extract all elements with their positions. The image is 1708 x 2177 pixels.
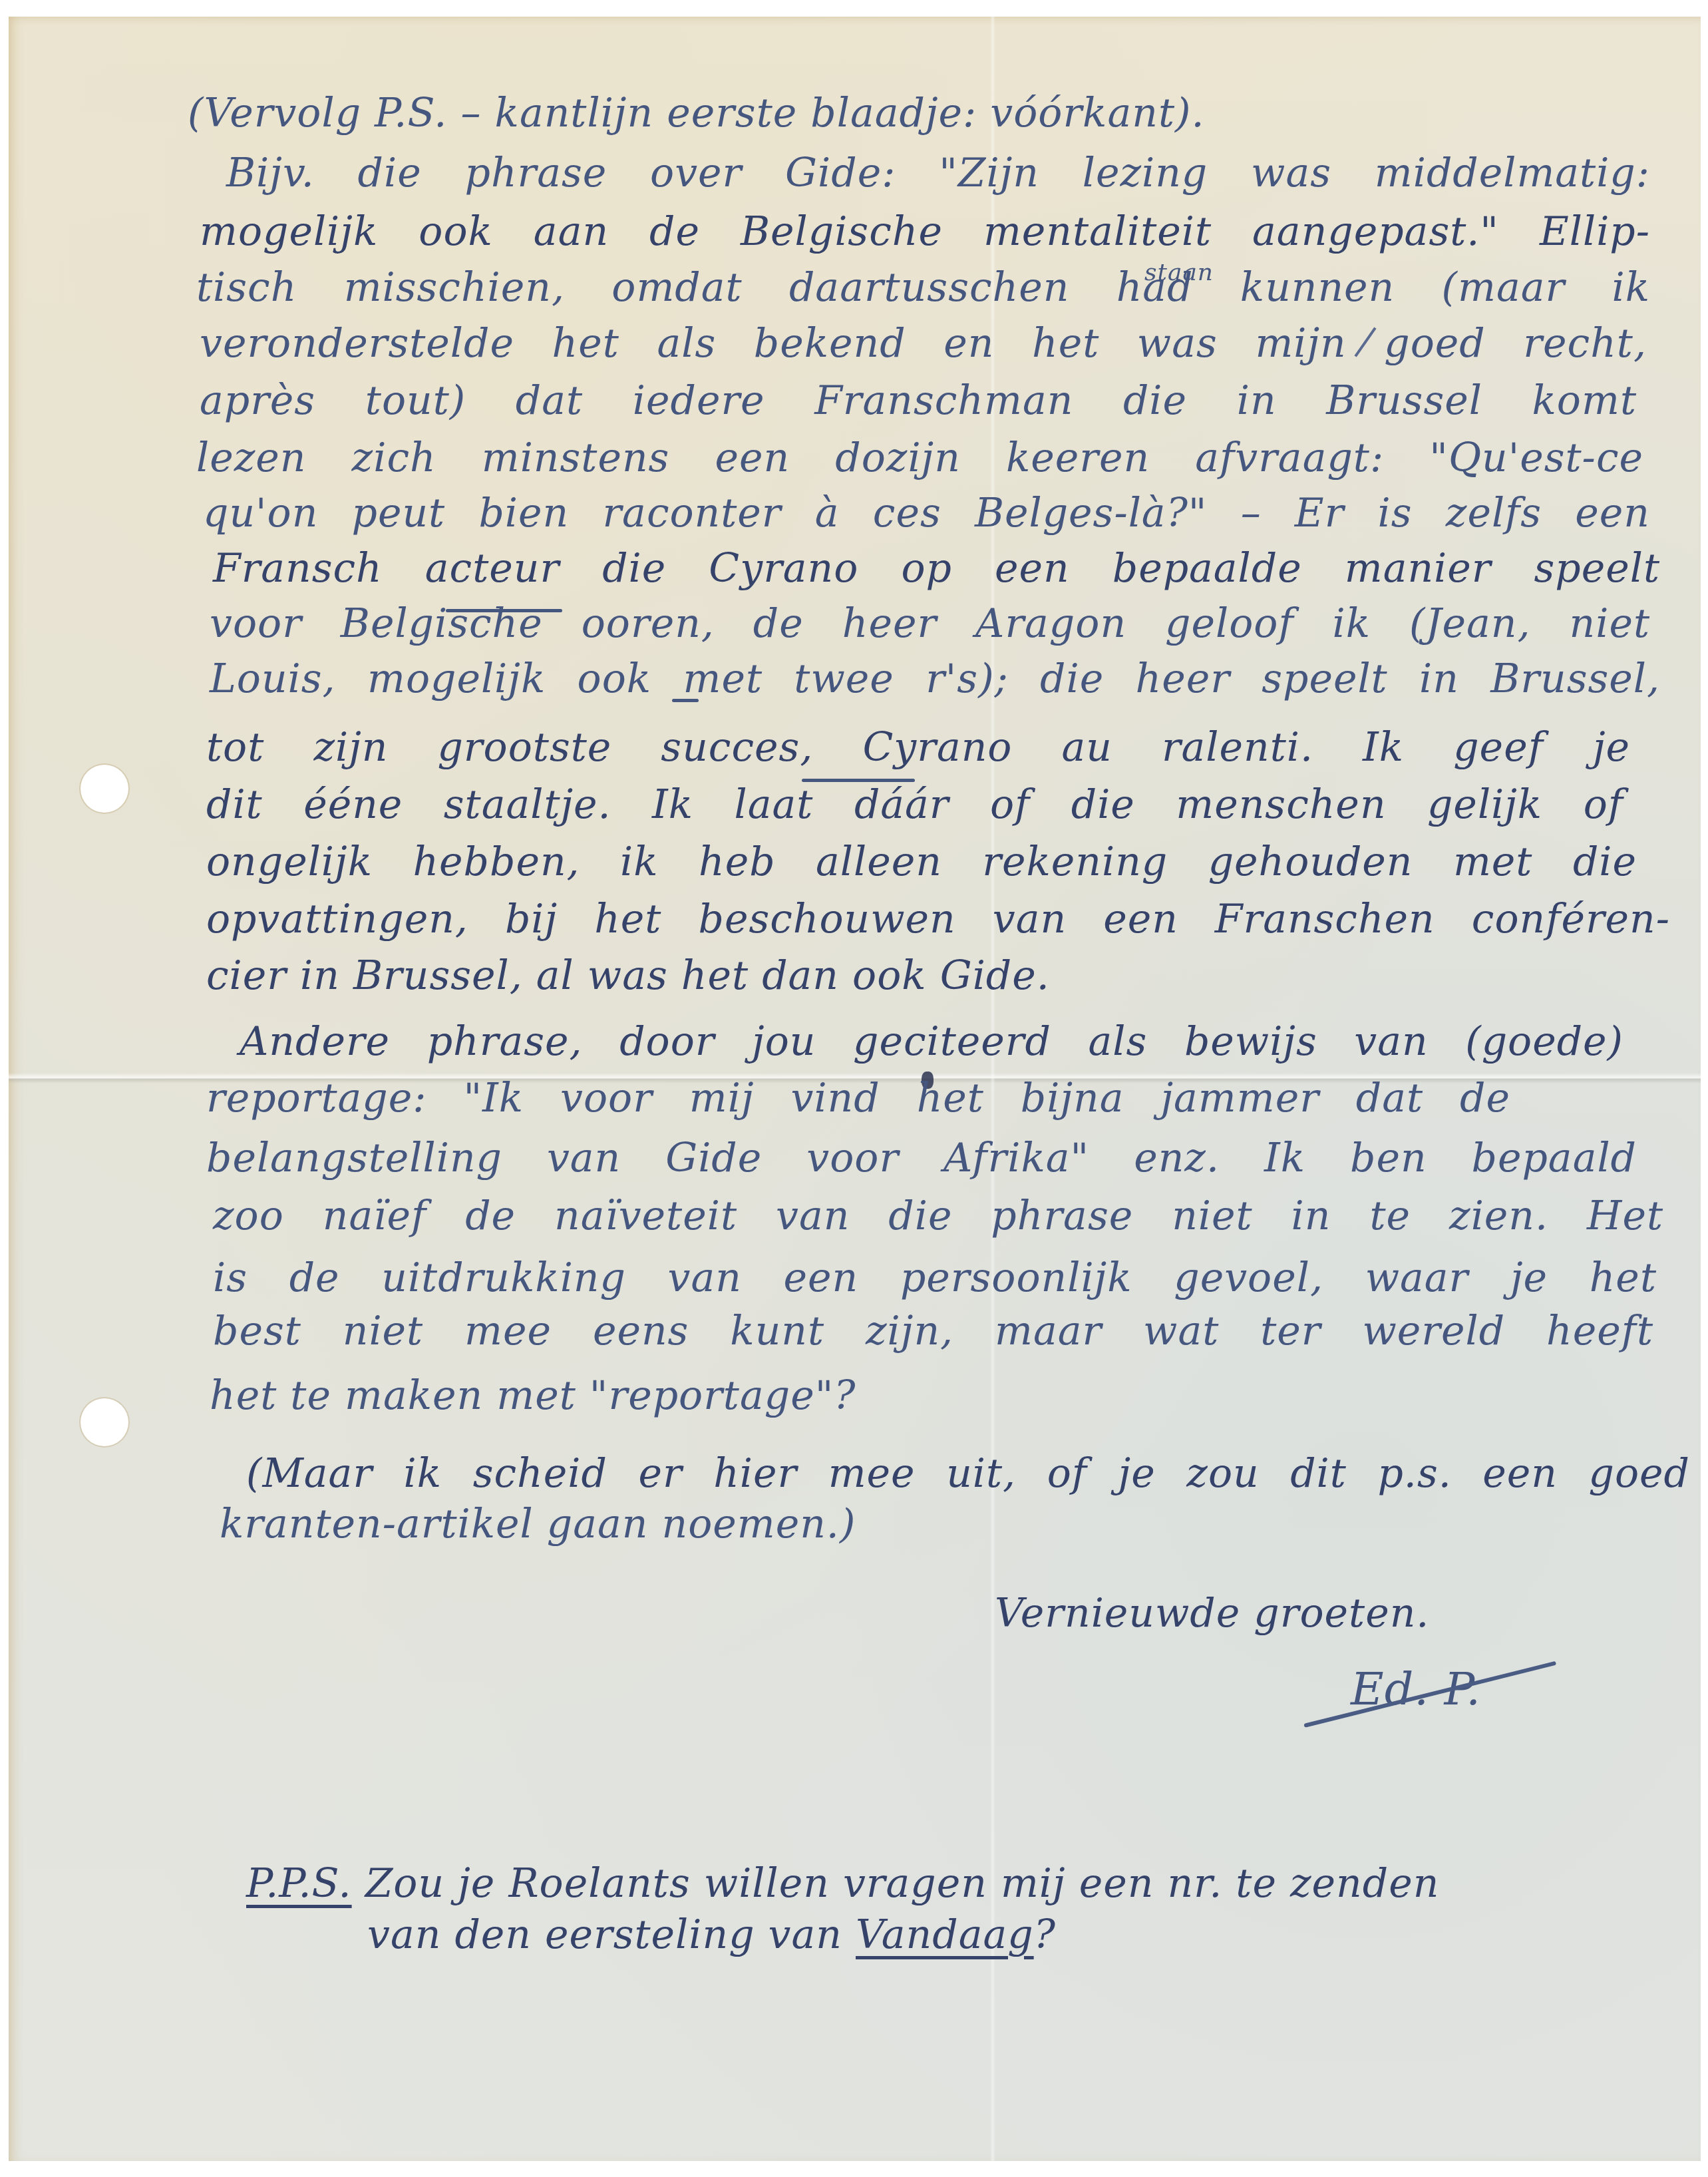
body-line: ongelijk hebben, ik heb alleen rekening … xyxy=(206,842,1637,882)
postscript-line-1: P.P.S. Zou je Roelants willen vragen mij… xyxy=(246,1864,1439,1903)
body-line: zoo naïef de naïveteit van die phrase ni… xyxy=(213,1196,1663,1236)
punch-hole-lower xyxy=(81,1398,128,1446)
body-line: qu'on peut bien raconter à ces Belges-là… xyxy=(203,493,1650,533)
body-line: cier in Brussel, al was het dan ook Gide… xyxy=(206,956,1050,996)
body-line: belangstelling van Gide voor Afrika" enz… xyxy=(206,1138,1637,1178)
punch-hole-upper xyxy=(81,765,128,813)
pps-text-2: van den eersteling van xyxy=(367,1911,856,1958)
body-line: best niet mee eens kunt zijn, maar wat t… xyxy=(213,1311,1653,1351)
body-line: lezen zich minstens een dozijn keeren af… xyxy=(196,438,1643,478)
underline-cyrano xyxy=(446,609,562,612)
pps-text: Zou je Roelants willen vragen mij een nr… xyxy=(352,1860,1440,1907)
body-line: (Maar ik scheid er hier mee uit, of je z… xyxy=(246,1454,1690,1493)
journal-title-vandaag: Vandaag xyxy=(856,1911,1034,1958)
body-line: tisch misschien, omdat daartusschen had … xyxy=(196,268,1650,307)
body-line: Andere phrase, door jou geciteerd als be… xyxy=(240,1022,1623,1062)
body-line: tot zijn grootste succes, Cyrano au rale… xyxy=(206,727,1630,767)
pps-label: P.P.S. xyxy=(246,1860,352,1907)
body-line: mogelijk ook aan de Belgische mentalitei… xyxy=(200,212,1650,252)
underline-r xyxy=(672,699,699,702)
body-line: reportage: "Ik voor mij vind het bijna j… xyxy=(206,1078,1510,1118)
signature: Ed. P. xyxy=(1351,1667,1481,1712)
postscript-line-2: van den eersteling van Vandaag? xyxy=(367,1915,1056,1955)
body-line: opvattingen, bij het beschouwen van een … xyxy=(206,899,1670,939)
body-line: kranten-artikel gaan noemen.) xyxy=(220,1504,856,1544)
body-line: het te maken met "reportage"? xyxy=(210,1376,856,1416)
body-line: voor Belgische ooren, de heer Aragon gel… xyxy=(210,604,1650,644)
body-line: is de uitdrukking van een persoonlijk ge… xyxy=(213,1258,1657,1298)
pps-question-mark: ? xyxy=(1034,1911,1056,1958)
body-line: Louis, mogelijk ook met twee r's); die h… xyxy=(210,659,1660,699)
underline-cyrano-2 xyxy=(802,779,915,782)
body-line: dit ééne staaltje. Ik laat dáár of die m… xyxy=(206,785,1623,825)
body-line: Fransch acteur die Cyrano op een bepaald… xyxy=(213,548,1660,588)
closing-greeting: Vernieuwde groeten. xyxy=(995,1593,1429,1633)
header-note: (Vervolg P.S. – kantlijn eerste blaadje:… xyxy=(188,93,1372,133)
body-line: après tout) dat iedere Franschman die in… xyxy=(200,381,1637,421)
body-line: veronderstelde het als bekend en het was… xyxy=(200,323,1647,363)
body-line: Bijv. die phrase over Gide: "Zijn lezing… xyxy=(226,153,1650,193)
